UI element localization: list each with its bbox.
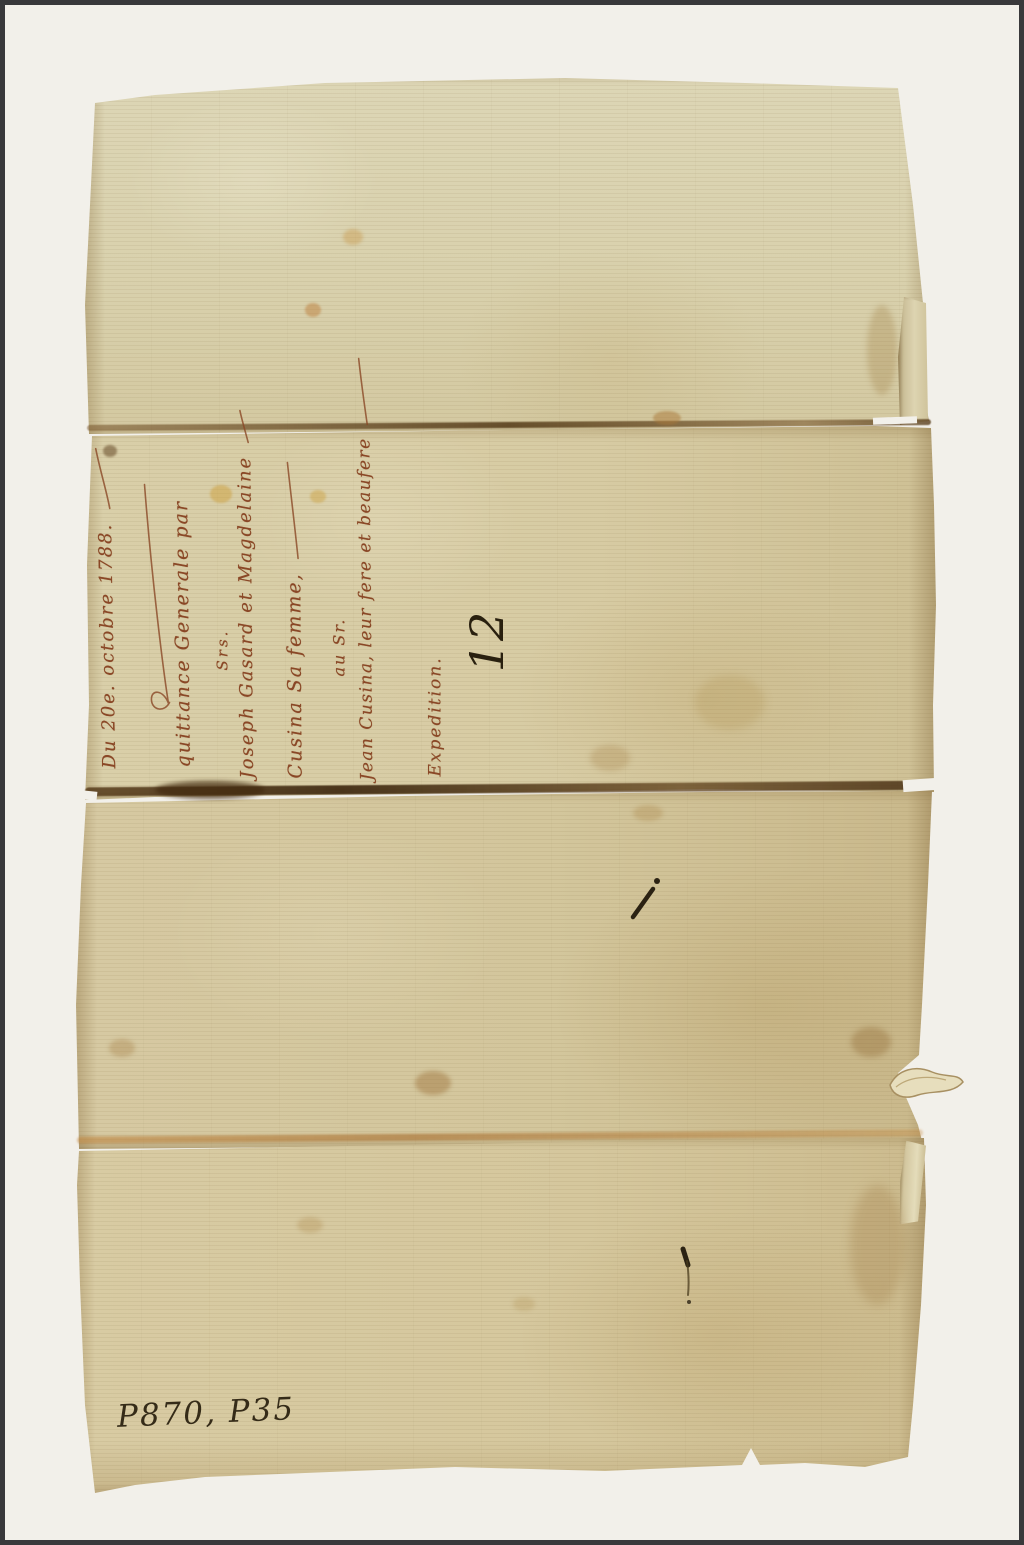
panel-edge-shading bbox=[73, 1133, 929, 1501]
panel-edge-shading bbox=[83, 69, 935, 441]
docket-date-text: Du 20e. octobre 1788. bbox=[95, 523, 120, 769]
paper-panel-middle bbox=[75, 787, 937, 1151]
torn-paper-flap bbox=[888, 1063, 968, 1115]
panel-edge-shading bbox=[75, 787, 937, 1151]
pen-flourish-icon bbox=[238, 408, 250, 444]
docket-line: au Sr. bbox=[331, 618, 349, 677]
docket-line: Expedition. bbox=[427, 656, 446, 776]
docket-number: 12 bbox=[451, 605, 523, 677]
docket-date-line: Du 20e. octobre 1788. bbox=[94, 447, 120, 769]
paper-panel-top bbox=[83, 69, 935, 441]
docket-text-block: Du 20e. octobre 1788. quittance Generale… bbox=[99, 448, 509, 783]
paper-panel-bottom bbox=[73, 1133, 929, 1501]
pen-flourish-icon bbox=[357, 356, 370, 426]
docket-line: quittance Generale par bbox=[171, 500, 195, 768]
ink-mark bbox=[673, 1245, 703, 1307]
pen-flourish-icon bbox=[94, 447, 111, 511]
docket-line: Cusina Sa femme, bbox=[283, 460, 306, 778]
docket-line: Joseph Gasard et Magdelaine bbox=[235, 408, 258, 779]
ink-mark bbox=[627, 873, 667, 921]
pen-flourish-icon bbox=[285, 460, 300, 560]
folded-edge-strip bbox=[898, 297, 928, 427]
docket-line: Srs. bbox=[215, 629, 232, 671]
docket-line: Jean Cusina, leur fere et beaufere bbox=[355, 356, 377, 780]
scanned-document: Du 20e. octobre 1788. quittance Generale… bbox=[0, 0, 1024, 1545]
